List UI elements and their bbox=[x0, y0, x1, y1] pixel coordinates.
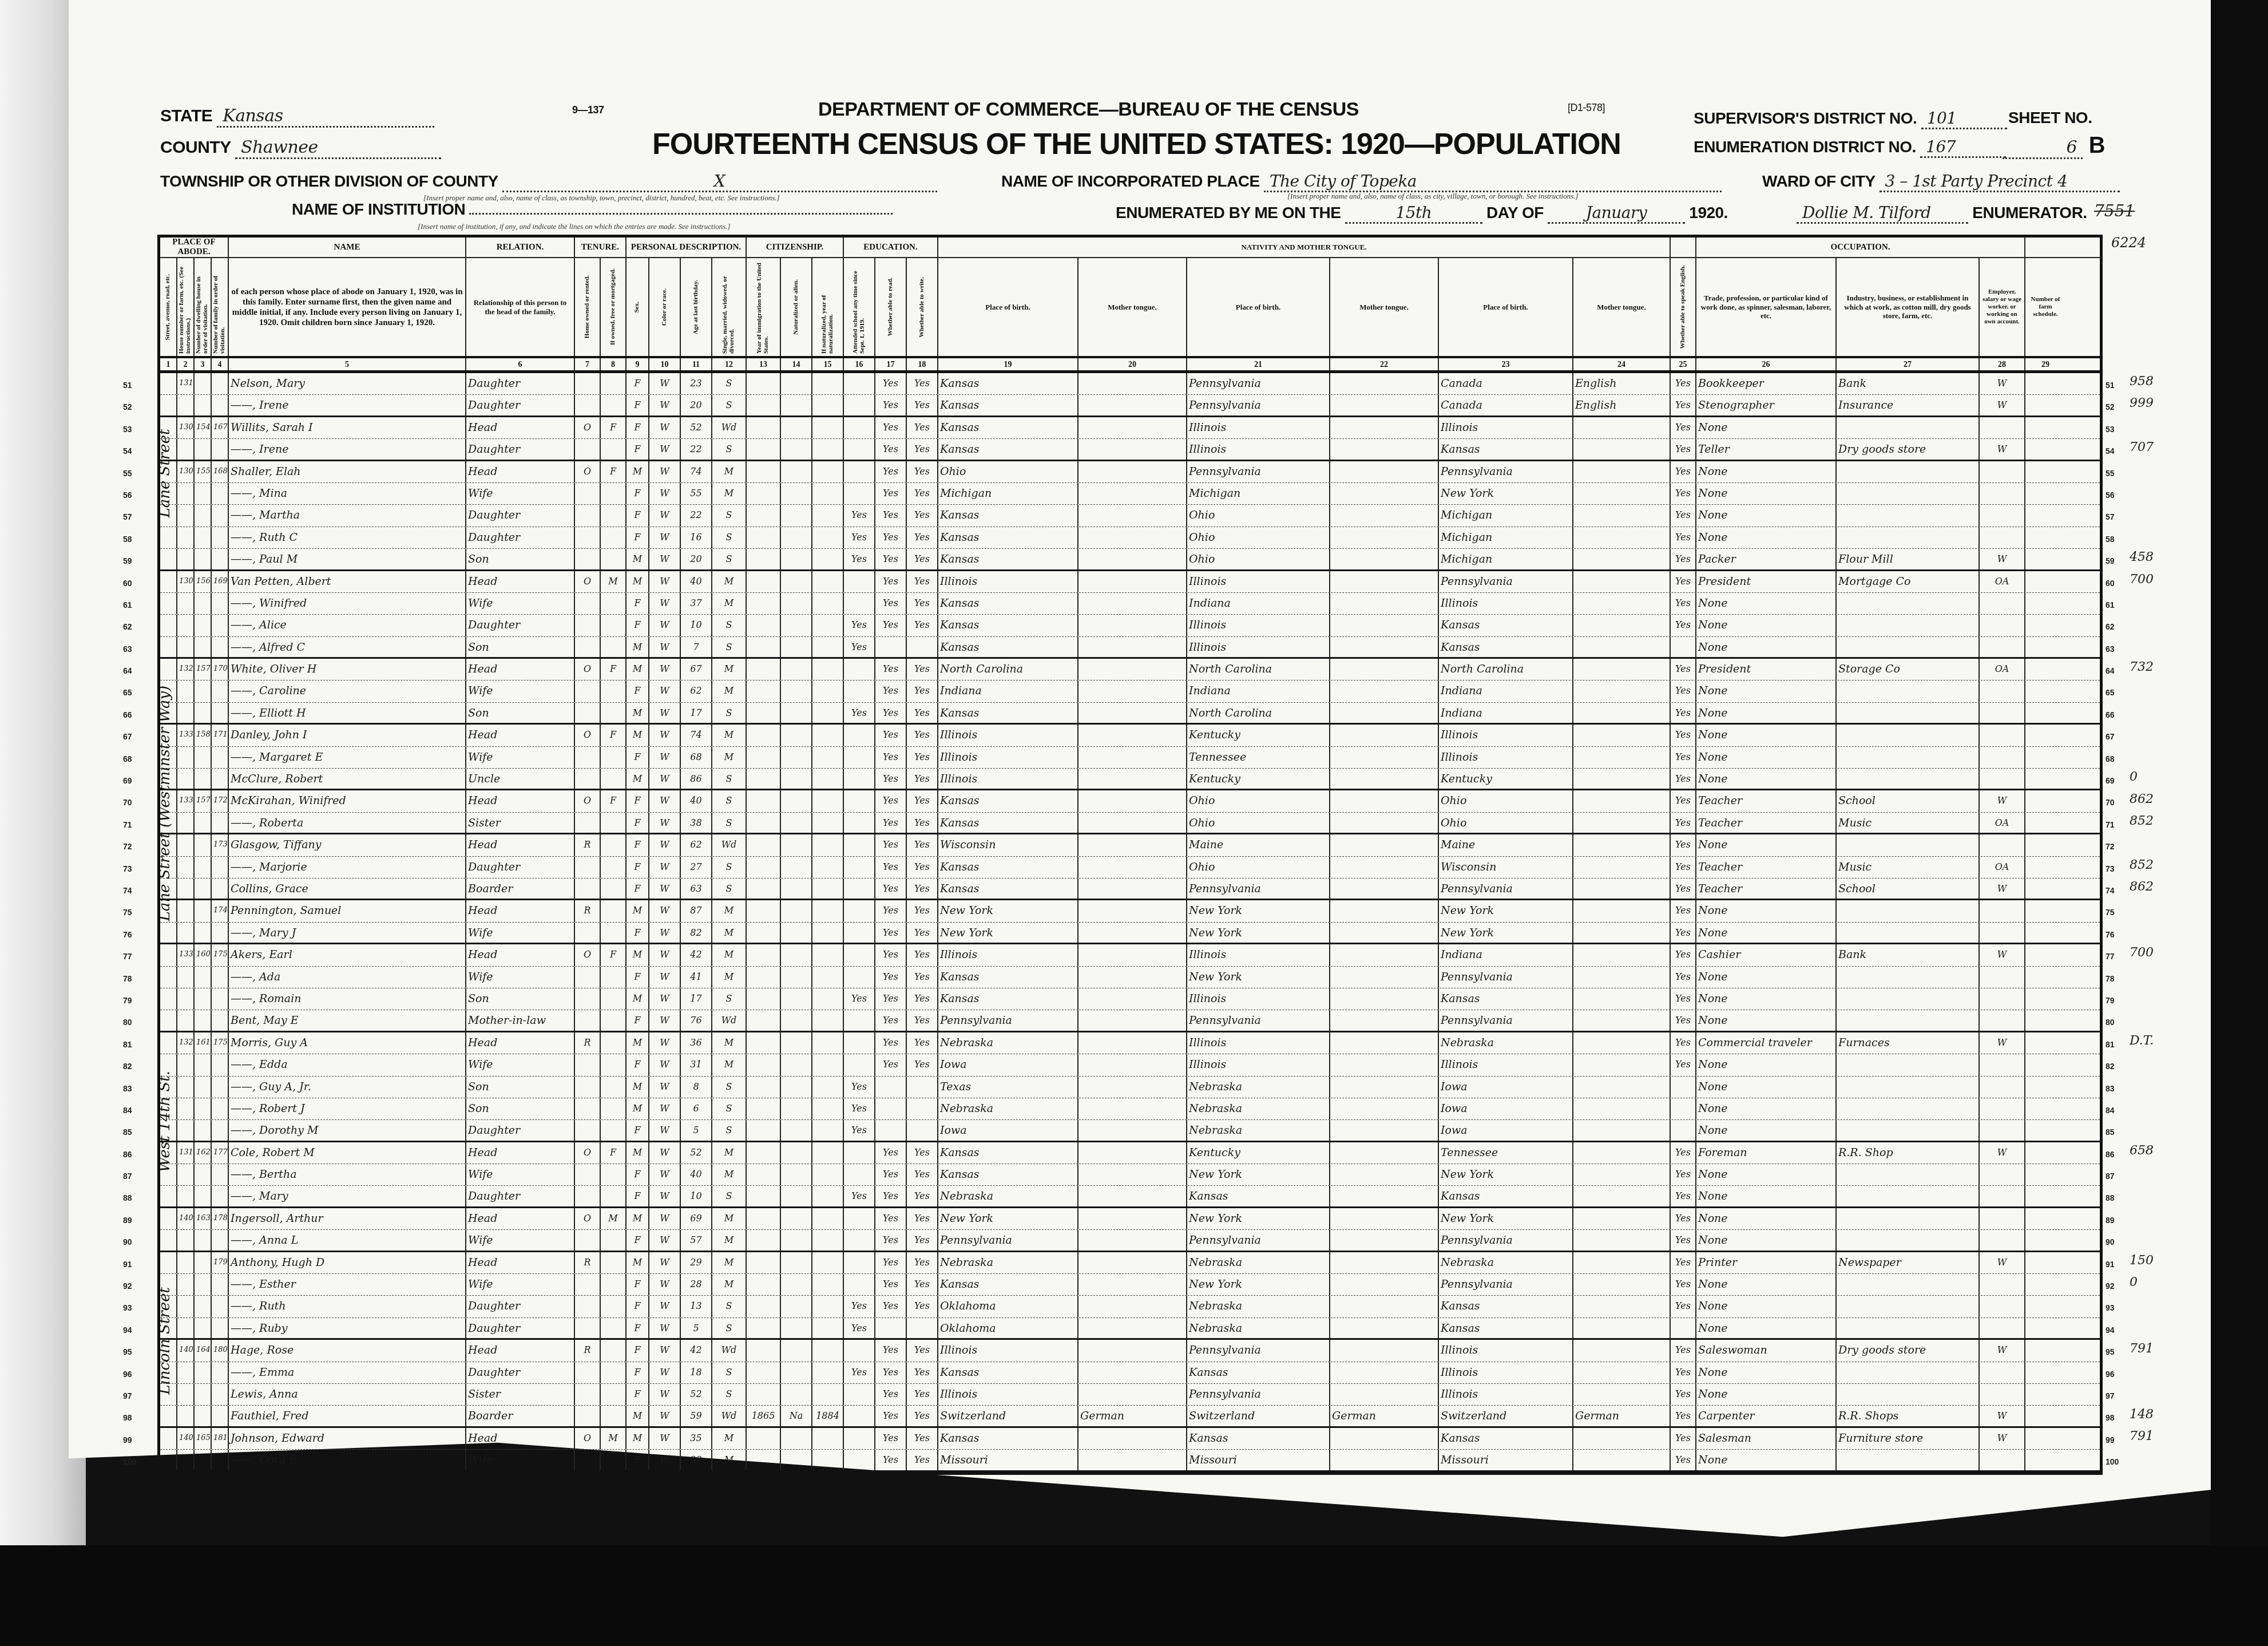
cell-name: Willits, Sarah I bbox=[229, 417, 466, 438]
cell-ftongue bbox=[1330, 725, 1439, 746]
cell-nat bbox=[781, 900, 812, 921]
margin-code: 791 bbox=[2130, 1342, 2154, 1356]
cell-mtongue bbox=[1573, 549, 1671, 569]
column-header-text: Color or race. bbox=[661, 286, 668, 328]
cell-trade: None bbox=[1696, 680, 1837, 702]
table-row: ——, RuthDaughterFW13SYesYesYesOklahomaNe… bbox=[160, 1296, 2100, 1317]
cell-free: M bbox=[601, 1208, 627, 1229]
cell-marital: S bbox=[712, 790, 747, 812]
cell-farm bbox=[2025, 1450, 2065, 1470]
cell-marital: S bbox=[712, 1384, 747, 1405]
cell-marital: M bbox=[712, 967, 747, 988]
cell-race: W bbox=[649, 1296, 681, 1317]
cell-tongue bbox=[1079, 790, 1187, 812]
cell-owned: R bbox=[575, 834, 601, 856]
cell-nat bbox=[781, 1098, 812, 1119]
cell-mbirth: Illinois bbox=[1439, 1384, 1573, 1405]
line-number: 79 bbox=[123, 990, 152, 1011]
cell-name: ——, Anna L bbox=[229, 1230, 466, 1250]
cell-relation: Daughter bbox=[466, 615, 575, 636]
cell-ftongue bbox=[1330, 769, 1439, 789]
margin-code: 862 bbox=[2130, 880, 2154, 894]
line-number: 62 bbox=[123, 616, 152, 638]
cell-race: W bbox=[649, 1450, 681, 1470]
cell-mtongue bbox=[1573, 505, 1671, 526]
cell-marital: S bbox=[712, 769, 747, 789]
cell-read: Yes bbox=[875, 988, 907, 1010]
line-number-right: 79 bbox=[2106, 990, 2128, 1011]
cell-trade: Packer bbox=[1696, 549, 1837, 569]
cell-imm bbox=[747, 439, 781, 459]
cell-relation: Wife bbox=[466, 747, 575, 768]
cell-industry bbox=[1837, 1230, 1980, 1250]
cell-trade: None bbox=[1696, 1384, 1837, 1405]
cell-race: W bbox=[649, 1274, 681, 1295]
cell-owned bbox=[575, 1450, 601, 1470]
cell-dwelling bbox=[195, 879, 212, 899]
margin-code: D.T. bbox=[2130, 1034, 2154, 1048]
cell-school bbox=[844, 571, 875, 592]
cell-race: W bbox=[649, 1208, 681, 1229]
cell-natyr bbox=[812, 527, 844, 548]
cell-industry bbox=[1837, 1296, 1980, 1317]
cell-birth: Kansas bbox=[938, 637, 1079, 657]
cell-relation: Head bbox=[466, 834, 575, 856]
column-header-28: Employer, salary or wage worker, or work… bbox=[1980, 258, 2025, 356]
line-number-right: 67 bbox=[2106, 726, 2128, 747]
cell-trade: None bbox=[1696, 417, 1837, 438]
margin-code: 6224 bbox=[2111, 235, 2146, 251]
cell-house bbox=[177, 1252, 195, 1273]
cell-farm bbox=[2025, 1274, 2065, 1295]
line-numbers-left: 5152535455565758596061626364656667686970… bbox=[123, 374, 152, 1473]
cell-marital: M bbox=[712, 1252, 747, 1273]
cell-write: Yes bbox=[907, 439, 938, 459]
cell-trade: None bbox=[1696, 615, 1837, 636]
cell-marital: M bbox=[712, 1142, 747, 1164]
cell-english: Yes bbox=[1671, 988, 1696, 1010]
cell-english: Yes bbox=[1671, 1164, 1696, 1185]
cell-free bbox=[601, 988, 627, 1010]
column-number: 23 bbox=[1439, 358, 1573, 370]
cell-family bbox=[212, 527, 229, 548]
cell-ftongue bbox=[1330, 680, 1439, 702]
line-number-right: 55 bbox=[2106, 462, 2128, 484]
cell-mbirth: New York bbox=[1439, 923, 1573, 943]
cell-house: 1301 bbox=[177, 571, 195, 592]
cell-industry: Furniture store bbox=[1837, 1428, 1980, 1449]
line-number-right: 76 bbox=[2106, 924, 2128, 945]
cell-english bbox=[1671, 1098, 1696, 1119]
cell-mtongue bbox=[1573, 1428, 1671, 1449]
cell-english: Yes bbox=[1671, 461, 1696, 482]
cell-birth: Kansas bbox=[938, 1274, 1079, 1295]
cell-natyr bbox=[812, 1010, 844, 1030]
cell-farm bbox=[2025, 1230, 2065, 1250]
cell-mbirth: New York bbox=[1439, 900, 1573, 921]
cell-house bbox=[177, 967, 195, 988]
cell-house: 1306 bbox=[177, 417, 195, 438]
cell-free bbox=[601, 769, 627, 789]
cell-trade: None bbox=[1696, 967, 1837, 988]
cell-marital: Wd bbox=[712, 1406, 747, 1426]
cell-race: W bbox=[649, 1142, 681, 1164]
cell-birth: Pennsylvania bbox=[938, 1230, 1079, 1250]
cell-marital: M bbox=[712, 923, 747, 943]
cell-age: 40 bbox=[681, 790, 712, 812]
cell-marital: Wd bbox=[712, 1010, 747, 1030]
cell-nat bbox=[781, 790, 812, 812]
cell-industry bbox=[1837, 637, 1980, 657]
cell-read: Yes bbox=[875, 1230, 907, 1250]
cell-industry bbox=[1837, 1098, 1980, 1119]
cell-dwelling bbox=[195, 967, 212, 988]
cell-mtongue bbox=[1573, 879, 1671, 899]
cell-race: W bbox=[649, 1362, 681, 1383]
cell-fbirth: Kentucky bbox=[1187, 769, 1330, 789]
cell-natyr bbox=[812, 834, 844, 856]
cell-age: 42 bbox=[681, 944, 712, 966]
cell-imm bbox=[747, 505, 781, 526]
cell-age: 67 bbox=[681, 659, 712, 680]
enumerator-name: Dollie M. Tilford bbox=[1797, 203, 1968, 224]
line-number-right: 88 bbox=[2106, 1187, 2128, 1209]
line-number: 82 bbox=[123, 1055, 152, 1077]
cell-sex: M bbox=[627, 461, 649, 482]
cell-name: McClure, Robert bbox=[229, 769, 466, 789]
table-row: 174Pennington, SamuelHeadRMW87MYesYesNew… bbox=[160, 900, 2100, 922]
cell-relation: Wife bbox=[466, 1164, 575, 1185]
column-header-text: Trade, profession, or particular kind of… bbox=[1696, 291, 1835, 323]
cell-family bbox=[212, 769, 229, 789]
column-header-14: Naturalized or alien. bbox=[781, 258, 812, 356]
cell-natyr: 1884 bbox=[812, 1406, 844, 1426]
cell-dwelling: 154 bbox=[195, 417, 212, 438]
cell-class bbox=[1980, 505, 2025, 526]
cell-name: Anthony, Hugh D bbox=[229, 1252, 466, 1273]
cell-nat bbox=[781, 1077, 812, 1098]
cell-trade: None bbox=[1696, 923, 1837, 943]
cell-trade: None bbox=[1696, 527, 1837, 548]
margin-code: 852 bbox=[2130, 814, 2154, 828]
cell-marital: S bbox=[712, 1296, 747, 1317]
cell-imm bbox=[747, 879, 781, 899]
cell-house: 1321 bbox=[177, 1032, 195, 1054]
cell-dwelling bbox=[195, 988, 212, 1010]
margin-code: 732 bbox=[2130, 660, 2154, 674]
cell-trade: None bbox=[1696, 725, 1837, 746]
column-header-1: Street, avenue, road, etc. bbox=[160, 258, 177, 356]
cell-class bbox=[1980, 725, 2025, 746]
cell-fbirth: Ohio bbox=[1187, 857, 1330, 878]
cell-read: Yes bbox=[875, 923, 907, 943]
cell-write: Yes bbox=[907, 1296, 938, 1317]
table-row: ——, RobertaSisterFW38SYesYesKansasOhioOh… bbox=[160, 813, 2100, 834]
cell-mbirth: Kansas bbox=[1439, 615, 1573, 636]
cell-ftongue bbox=[1330, 373, 1439, 394]
cell-dwelling bbox=[195, 373, 212, 394]
cell-natyr bbox=[812, 659, 844, 680]
cell-family bbox=[212, 615, 229, 636]
cell-family: 170 bbox=[212, 659, 229, 680]
column-header-23: Place of birth. bbox=[1439, 258, 1573, 356]
cell-marital: M bbox=[712, 1164, 747, 1185]
cell-school bbox=[844, 923, 875, 943]
cell-house: 1315 bbox=[177, 1142, 195, 1164]
cell-race: W bbox=[649, 395, 681, 415]
cell-ftongue bbox=[1330, 1318, 1439, 1338]
column-group-header: Name bbox=[229, 238, 466, 257]
cell-sex: F bbox=[627, 373, 649, 394]
cell-mtongue bbox=[1573, 725, 1671, 746]
cell-tongue bbox=[1079, 417, 1187, 438]
scan-bottom-shadow bbox=[0, 1545, 2268, 1646]
cell-school: Yes bbox=[844, 637, 875, 657]
cell-imm bbox=[747, 1120, 781, 1140]
cell-imm bbox=[747, 967, 781, 988]
cell-birth: Kansas bbox=[938, 857, 1079, 878]
cell-natyr bbox=[812, 1208, 844, 1229]
column-header-6: Relationship of this person to the head … bbox=[466, 258, 575, 356]
cell-tongue bbox=[1079, 879, 1187, 899]
cell-race: W bbox=[649, 1252, 681, 1273]
cell-school bbox=[844, 1230, 875, 1250]
cell-write: Yes bbox=[907, 900, 938, 921]
column-number: 3 bbox=[195, 358, 212, 370]
cell-farm bbox=[2025, 637, 2065, 657]
cell-english: Yes bbox=[1671, 1142, 1696, 1164]
cell-mbirth: Michigan bbox=[1439, 549, 1573, 569]
cell-free bbox=[601, 747, 627, 768]
cell-write bbox=[907, 637, 938, 657]
line-number: 67 bbox=[123, 726, 152, 747]
cell-age: 55 bbox=[681, 483, 712, 504]
cell-race: W bbox=[649, 417, 681, 438]
cell-industry: R.R. Shop bbox=[1837, 1142, 1980, 1164]
cell-nat bbox=[781, 439, 812, 459]
township-field: Township or other division of county X bbox=[160, 172, 937, 192]
cell-race: W bbox=[649, 900, 681, 921]
column-header-text: Home owned or rented. bbox=[584, 273, 591, 341]
cell-birth: Illinois bbox=[938, 725, 1079, 746]
cell-read: Yes bbox=[875, 813, 907, 833]
cell-mtongue bbox=[1573, 1362, 1671, 1383]
cell-name: ——, Martha bbox=[229, 505, 466, 526]
cell-farm bbox=[2025, 1340, 2065, 1361]
cell-birth: Pennsylvania bbox=[938, 1010, 1079, 1030]
cell-name: Fauthiel, Fred bbox=[229, 1406, 466, 1426]
cell-nat bbox=[781, 834, 812, 856]
cell-natyr bbox=[812, 1098, 844, 1119]
cell-free: F bbox=[601, 725, 627, 746]
cell-mtongue bbox=[1573, 417, 1671, 438]
cell-nat bbox=[781, 1450, 812, 1470]
cell-birth: Illinois bbox=[938, 1340, 1079, 1361]
cell-sex: M bbox=[627, 1098, 649, 1119]
line-number-right: 77 bbox=[2106, 945, 2128, 967]
cell-nat bbox=[781, 1186, 812, 1206]
cell-house: 1401 bbox=[177, 1208, 195, 1229]
cell-ftongue bbox=[1330, 659, 1439, 680]
cell-industry bbox=[1837, 527, 1980, 548]
cell-fbirth: Illinois bbox=[1187, 439, 1330, 459]
cell-fbirth: Switzerland bbox=[1187, 1406, 1330, 1426]
cell-read: Yes bbox=[875, 1406, 907, 1426]
cell-ftongue bbox=[1330, 395, 1439, 415]
cell-mtongue bbox=[1573, 637, 1671, 657]
cell-trade: President bbox=[1696, 571, 1837, 592]
cell-mbirth: Indiana bbox=[1439, 680, 1573, 702]
enumerated-label: Enumerated by me on the bbox=[1116, 204, 1341, 221]
cell-mtongue bbox=[1573, 1296, 1671, 1317]
cell-write: Yes bbox=[907, 834, 938, 856]
cell-industry bbox=[1837, 680, 1980, 702]
cell-owned bbox=[575, 1098, 601, 1119]
cell-english: Yes bbox=[1671, 1340, 1696, 1361]
cell-mtongue bbox=[1573, 1164, 1671, 1185]
column-header-text: Relationship of this person to the head … bbox=[466, 296, 574, 318]
cell-trade: None bbox=[1696, 593, 1837, 614]
margin-code: 999 bbox=[2130, 396, 2154, 410]
cell-class bbox=[1980, 747, 2025, 768]
cell-marital: S bbox=[712, 527, 747, 548]
cell-name: ——, Paul M bbox=[229, 549, 466, 569]
line-number: 63 bbox=[123, 638, 152, 660]
cell-mbirth: Canada bbox=[1439, 373, 1573, 394]
cell-sex: M bbox=[627, 769, 649, 789]
column-group-header: Tenure. bbox=[575, 238, 627, 257]
table-row: Fauthiel, FredBoarderMW59Wd1865Na1884Yes… bbox=[160, 1406, 2100, 1427]
table-row: ——, IreneDaughterFW20SYesYesKansasPennsy… bbox=[160, 395, 2100, 417]
cell-age: 10 bbox=[681, 1186, 712, 1206]
cell-sex: M bbox=[627, 944, 649, 966]
column-number: 28 bbox=[1980, 358, 2025, 370]
cell-house bbox=[177, 900, 195, 921]
cell-ftongue bbox=[1330, 1384, 1439, 1405]
cell-natyr bbox=[812, 923, 844, 943]
column-group-header: Nativity and Mother Tongue. bbox=[938, 238, 1671, 257]
cell-english: Yes bbox=[1671, 1406, 1696, 1426]
cell-family bbox=[212, 988, 229, 1010]
cell-english: Yes bbox=[1671, 1428, 1696, 1449]
cell-write bbox=[907, 1318, 938, 1338]
cell-race: W bbox=[649, 967, 681, 988]
cell-farm bbox=[2025, 483, 2065, 504]
cell-house bbox=[177, 813, 195, 833]
cell-imm bbox=[747, 1362, 781, 1383]
column-number: 27 bbox=[1837, 358, 1980, 370]
cell-imm bbox=[747, 1450, 781, 1470]
cell-owned: O bbox=[575, 1142, 601, 1164]
cell-age: 22 bbox=[681, 439, 712, 459]
cell-trade: None bbox=[1696, 505, 1837, 526]
cell-owned bbox=[575, 395, 601, 415]
cell-marital: S bbox=[712, 395, 747, 415]
line-number-right: 57 bbox=[2106, 506, 2128, 528]
cell-name: Collins, Grace bbox=[229, 879, 466, 899]
column-number: 17 bbox=[875, 358, 907, 370]
ward-label: Ward of city bbox=[1762, 172, 1875, 190]
cell-dwelling bbox=[195, 1098, 212, 1119]
cell-english: Yes bbox=[1671, 769, 1696, 789]
cell-free bbox=[601, 1054, 627, 1075]
cell-sex: F bbox=[627, 1230, 649, 1250]
cell-marital: M bbox=[712, 593, 747, 614]
cell-family bbox=[212, 483, 229, 504]
cell-ftongue bbox=[1330, 593, 1439, 614]
cell-natyr bbox=[812, 1054, 844, 1075]
cell-class: OA bbox=[1980, 857, 2025, 878]
cell-dwelling bbox=[195, 1230, 212, 1250]
cell-relation: Wife bbox=[466, 680, 575, 702]
cell-birth: Nebraska bbox=[938, 1098, 1079, 1119]
cell-mbirth: Kansas bbox=[1439, 637, 1573, 657]
cell-relation: Son bbox=[466, 549, 575, 569]
cell-tongue bbox=[1079, 1340, 1187, 1361]
cell-house: 1300 bbox=[177, 461, 195, 482]
cell-fbirth: New York bbox=[1187, 1208, 1330, 1229]
cell-ftongue bbox=[1330, 1054, 1439, 1075]
cell-write: Yes bbox=[907, 923, 938, 943]
cell-house bbox=[177, 1274, 195, 1295]
cell-mbirth: Pennsylvania bbox=[1439, 967, 1573, 988]
cell-mtongue bbox=[1573, 1252, 1671, 1273]
enumeration-date: Enumerated by me on the 15th day of Janu… bbox=[1116, 203, 1728, 224]
cell-birth: Illinois bbox=[938, 747, 1079, 768]
cell-farm bbox=[2025, 1077, 2065, 1098]
table-row: 1300155168Shaller, ElahHeadOFMW74MYesYes… bbox=[160, 461, 2100, 483]
cell-trade: None bbox=[1696, 1186, 1837, 1206]
cell-fbirth: Nebraska bbox=[1187, 1296, 1330, 1317]
cell-mtongue bbox=[1573, 900, 1671, 921]
cell-farm bbox=[2025, 615, 2065, 636]
cell-write: Yes bbox=[907, 988, 938, 1010]
cell-nat bbox=[781, 725, 812, 746]
cell-english bbox=[1671, 1120, 1696, 1140]
cell-read: Yes bbox=[875, 1208, 907, 1229]
cell-house bbox=[177, 769, 195, 789]
cell-tongue bbox=[1079, 1428, 1187, 1449]
cell-imm bbox=[747, 659, 781, 680]
table-row: 173Glasgow, TiffanyHeadRFW62WdYesYesWisc… bbox=[160, 834, 2100, 856]
column-header-21: Place of birth. bbox=[1187, 258, 1330, 356]
line-number-right: 69 bbox=[2106, 770, 2128, 792]
ward-value: 3 – 1st Party Precinct 4 bbox=[1880, 172, 2120, 192]
cell-owned bbox=[575, 1186, 601, 1206]
cell-mtongue: English bbox=[1573, 395, 1671, 415]
cell-owned bbox=[575, 1296, 601, 1317]
cell-house bbox=[177, 988, 195, 1010]
cell-nat bbox=[781, 1252, 812, 1273]
cell-fbirth: Illinois bbox=[1187, 615, 1330, 636]
cell-class bbox=[1980, 988, 2025, 1010]
line-number-right: 60 bbox=[2106, 572, 2128, 594]
cell-ftongue bbox=[1330, 637, 1439, 657]
cell-english: Yes bbox=[1671, 1230, 1696, 1250]
cell-fbirth: Ohio bbox=[1187, 549, 1330, 569]
cell-sex: F bbox=[627, 1164, 649, 1185]
enumeration-value: 167 bbox=[1920, 137, 2006, 158]
cell-english: Yes bbox=[1671, 395, 1696, 415]
cell-school: Yes bbox=[844, 1120, 875, 1140]
cell-imm bbox=[747, 769, 781, 789]
cell-class bbox=[1980, 967, 2025, 988]
page-title: Fourteenth Census of the United States: … bbox=[652, 127, 1621, 161]
cell-school bbox=[844, 944, 875, 966]
cell-birth: North Carolina bbox=[938, 659, 1079, 680]
cell-sex: F bbox=[627, 1450, 649, 1470]
cell-owned bbox=[575, 593, 601, 614]
